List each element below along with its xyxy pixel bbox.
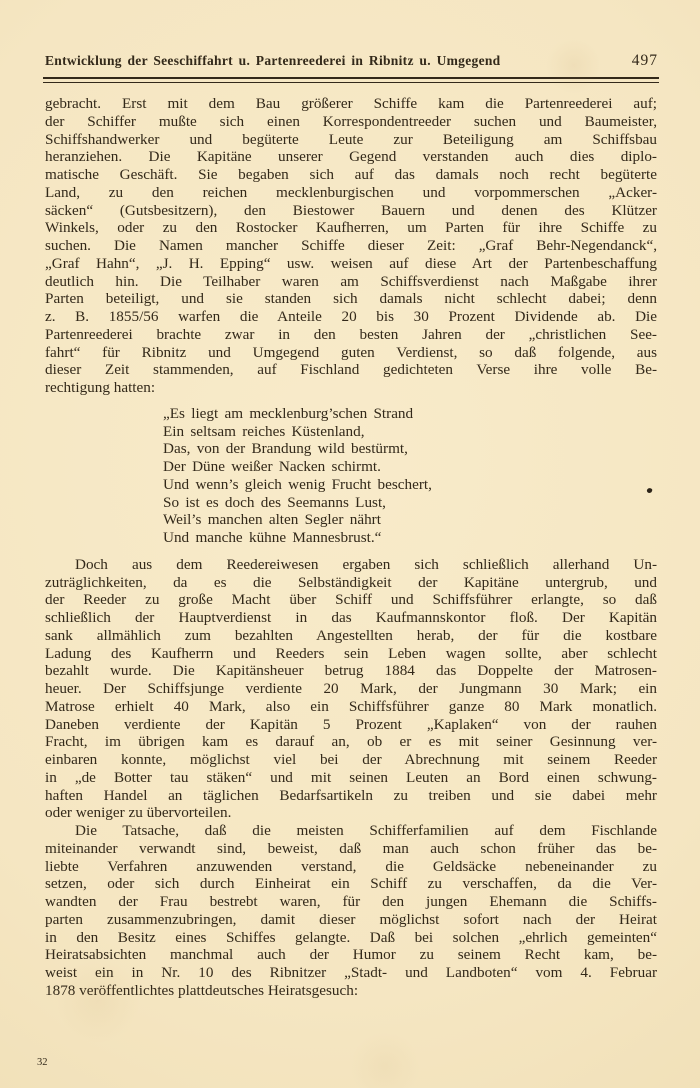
text-line: Die Tatsache, daß die meisten Schifferfa… — [45, 822, 657, 840]
paragraph-partenreederei: gebracht. Erst mit dem Bau größerer Schi… — [45, 95, 657, 397]
book-page: Entwicklung der Seeschiffahrt u. Partenr… — [0, 0, 700, 1088]
text-line: suchen. Die Namen mancher Schiffe dieser… — [45, 237, 657, 255]
text-line: Land, zu den reichen mecklenburgischen u… — [45, 184, 657, 202]
text-line: haften Handel an täglichen Bedarfsartike… — [45, 787, 657, 805]
running-header: Entwicklung der Seeschiffahrt u. Partenr… — [45, 52, 658, 70]
text-line: wandten der Frau bestrebt waren, für den… — [45, 893, 657, 911]
text-line: „Graf Hahn“, „J. H. Epping“ usw. weisen … — [45, 255, 657, 273]
text-line: Parten beteiligt, und sie standen sich d… — [45, 290, 657, 308]
text-line: rechtigung hatten: — [45, 379, 657, 397]
header-double-rule — [43, 77, 659, 83]
text-line: bezahlt wurde. Die Kapitänsheuer betrug … — [45, 662, 657, 680]
text-line: 1878 veröffentlichtes plattdeutsches Hei… — [45, 982, 657, 1000]
text-line: sank allmählich zum bezahlten Angestellt… — [45, 627, 657, 645]
text-line: Fracht, im übrigen kam es darauf an, ob … — [45, 733, 657, 751]
text-line: Doch aus dem Reedereiwesen ergaben sich … — [45, 556, 657, 574]
signature-mark: 32 — [37, 1057, 48, 1068]
text-line: Winkels, oder zu den Rostocker Kaufherre… — [45, 219, 657, 237]
text-line: Weil’s manchen alten Segler nährt — [163, 511, 657, 529]
text-line: dieser Zeit stammenden, auf Fischland ge… — [45, 361, 657, 379]
text-line: Heiratsabsichten manchmal auch der Humor… — [45, 946, 657, 964]
paragraph-schifferfamilien: Die Tatsache, daß die meisten Schifferfa… — [45, 822, 657, 1000]
text-line: der Schiffer mußte sich einen Korrespond… — [45, 113, 657, 131]
text-line: in den Besitz eines Schiffes gelangte. D… — [45, 929, 657, 947]
text-line: parten zusammenzubringen, damit dieser m… — [45, 911, 657, 929]
text-line: der Reeder zu große Macht über Schiff un… — [45, 591, 657, 609]
text-line: fahrt“ für Ribnitz und Umgegend guten Ve… — [45, 344, 657, 362]
header-title: Entwicklung der Seeschiffahrt u. Partenr… — [45, 53, 501, 69]
text-line: Und manche kühne Mannesbrust.“ — [163, 529, 657, 547]
text-line: schließlich der Hauptverdienst in das Ka… — [45, 609, 657, 627]
text-line: Das, von der Brandung wild bestürmt, — [163, 440, 657, 458]
text-line: setzen, oder sich durch Einheirat ein Sc… — [45, 875, 657, 893]
text-line: Matrose erhielt 40 Mark, also ein Schiff… — [45, 698, 657, 716]
text-line: z. B. 1855/56 warfen die Anteile 20 bis … — [45, 308, 657, 326]
text-line: miteinander verwandt sind, beweist, daß … — [45, 840, 657, 858]
text-line: gebracht. Erst mit dem Bau größerer Schi… — [45, 95, 657, 113]
text-line: oder weniger zu übervorteilen. — [45, 804, 657, 822]
poem-fischland-verse: „Es liegt am mecklenburg’schen StrandEin… — [45, 405, 657, 547]
text-line: deutlich hin. Die Teilhaber waren am Sch… — [45, 273, 657, 291]
paragraph-reedereiwesen: Doch aus dem Reedereiwesen ergaben sich … — [45, 556, 657, 822]
text-line: Ladung des Kaufherrn und Reeders sein Le… — [45, 645, 657, 663]
page-number: 497 — [632, 52, 658, 70]
text-line: Schiffshandwerker und begüterte Leute zu… — [45, 131, 657, 149]
text-line: liebte Verfahren anzuwenden verstand, di… — [45, 858, 657, 876]
text-line: Und wenn’s gleich wenig Frucht beschert, — [163, 476, 657, 494]
text-line: säcken“ (Gutsbesitzern), den Biestower B… — [45, 202, 657, 220]
body-text: gebracht. Erst mit dem Bau größerer Schi… — [45, 95, 657, 1000]
text-line: weist ein in Nr. 10 des Ribnitzer „Stadt… — [45, 964, 657, 982]
text-line: Partenreederei brachte zwar in den beste… — [45, 326, 657, 344]
text-line: matische Geschäft. Sie begaben sich auf … — [45, 166, 657, 184]
text-line: heuer. Der Schiffsjunge verdiente 20 Mar… — [45, 680, 657, 698]
text-line: in „de Botter tau stäken“ und mit seinen… — [45, 769, 657, 787]
text-line: heranziehen. Die Kapitäne unserer Gegend… — [45, 148, 657, 166]
text-line: So ist es doch des Seemanns Lust, — [163, 494, 657, 512]
text-line: zuträglichkeiten, da es die Selbständigk… — [45, 574, 657, 592]
text-line: einbaren konnte, möglichst viel bei der … — [45, 751, 657, 769]
text-line: Ein seltsam reiches Küstenland, — [163, 423, 657, 441]
text-line: Der Düne weißer Nacken schirmt. — [163, 458, 657, 476]
text-line: Daneben verdiente der Kapitän 5 Prozent … — [45, 716, 657, 734]
text-line: „Es liegt am mecklenburg’schen Strand — [163, 405, 657, 423]
